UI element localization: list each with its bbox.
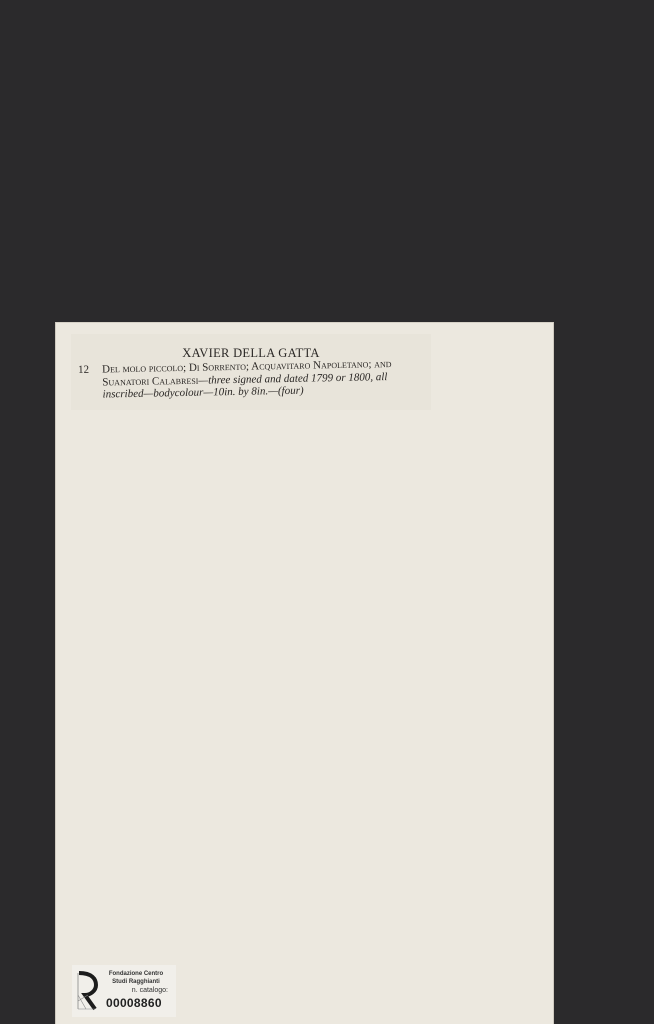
catalog-clipping: XAVIER DELLA GATTA 12 Del molo piccolo; … (71, 334, 431, 410)
catalog-label: n. catalogo: (132, 987, 168, 994)
lot-number: 12 (78, 364, 89, 377)
catalog-number: 00008860 (106, 996, 162, 1010)
archive-stamp: Fondazione Centro Studi Ragghianti n. ca… (72, 965, 176, 1017)
organization-name: Fondazione Centro Studi Ragghianti (100, 970, 172, 986)
document-sheet: XAVIER DELLA GATTA 12 Del molo piccolo; … (55, 322, 554, 1024)
catalog-entry: 12 Del molo piccolo; Di Sorrento; Acquav… (78, 357, 425, 401)
fondazione-logo-icon (76, 971, 98, 1011)
